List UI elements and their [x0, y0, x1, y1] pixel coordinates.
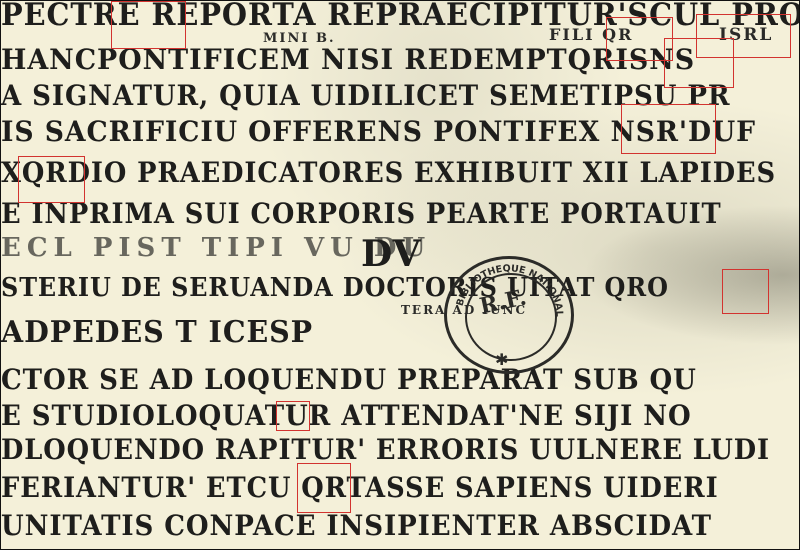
manuscript-page: PECTRE REPORTA REPRAECIPITUR'SCUL PROP M…: [0, 0, 800, 550]
annotation-box-nsr[interactable]: [621, 104, 716, 154]
annotation-box-xqrd[interactable]: [18, 156, 85, 203]
annotation-box-tq[interactable]: [664, 38, 734, 88]
large-initial: DV: [361, 233, 422, 275]
manuscript-line-5: XQRDIO PRAEDICATORES EXHIBUIT XII LAPIDE…: [1, 156, 776, 189]
stamp-star-icon: ✱: [495, 350, 508, 369]
annotation-box-cur[interactable]: [297, 463, 351, 513]
manuscript-line-6: E INPRIMA SUI CORPORIS PEARTE PORTAUIT: [1, 197, 722, 230]
manuscript-line-10: CTOR SE AD LOQUENDU PREPARAT SUB QU: [1, 363, 697, 396]
manuscript-line-12: DLOQUENDO RAPITUR' ERRORIS UULNERE LUDI: [1, 433, 770, 466]
annotation-box-re[interactable]: [111, 1, 186, 49]
annotation-box-qro[interactable]: [722, 269, 769, 314]
library-stamp: BIBLIOTHEQUE NATIONALE R.F. ✱: [444, 256, 574, 374]
manuscript-line-2: HANCPONTIFICEM NISI REDEMPTQRISNS: [1, 43, 695, 76]
annotation-box-a[interactable]: [276, 401, 310, 431]
manuscript-line-11: E STUDIOLOQUATUR ATTENDAT'NE SIJI NO: [1, 399, 692, 432]
manuscript-line-14: UNITATIS CONPACE INSIPIENTER ABSCIDAT: [1, 509, 712, 542]
manuscript-line-13: FERIANTUR' ETCU QRTASSE SAPIENS UIDERI: [1, 471, 719, 504]
stamp-ring-text-icon: BIBLIOTHEQUE NATIONALE: [447, 259, 571, 371]
annotation-box-qr[interactable]: [606, 17, 673, 61]
manuscript-line-9: ADPEDES T ICESP: [1, 315, 313, 350]
